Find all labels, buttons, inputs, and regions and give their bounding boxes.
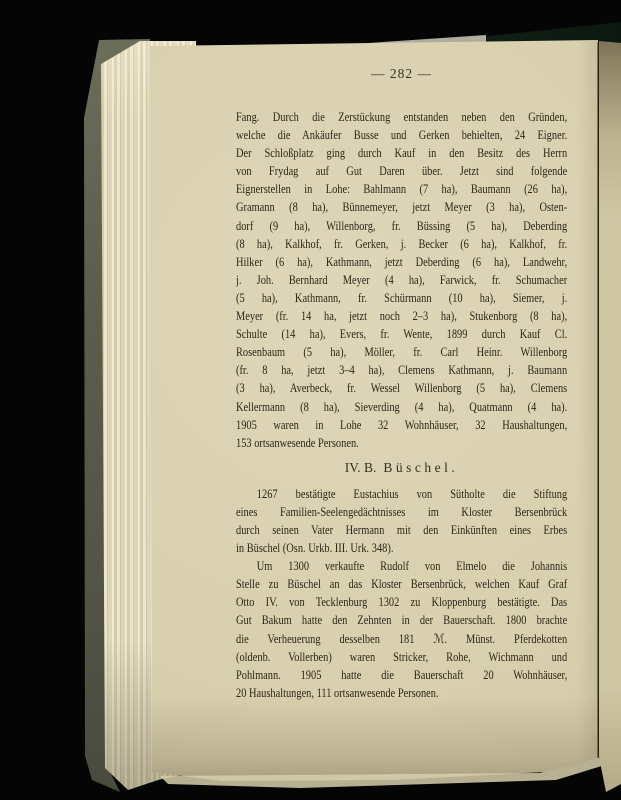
text-line: Otto IV. von Tecklenburg 1302 zu Kloppen… — [236, 593, 567, 611]
text-line: (oldenb. Vollerben) waren Stricker, Rohe… — [236, 648, 567, 666]
paragraph: Fang. Durch die Zerstückung entstanden n… — [236, 108, 567, 452]
text-line: 20 Haushaltungen, 111 ortsanwesende Pers… — [236, 684, 567, 702]
paragraph: 1267 bestätigte Eustachius von Sütholte … — [236, 485, 567, 557]
text-line: dorf (9 ha), Willenborg, fr. Büssing (5 … — [236, 217, 567, 235]
text-line: in Büschel (Osn. Urkb. III. Urk. 348). — [236, 539, 567, 557]
page-crease-line — [597, 42, 599, 758]
section-heading: IV. B.Büschel. — [236, 460, 567, 478]
text-line: (fr. 8 ha, jetzt 3–4 ha), Clemens Kathma… — [236, 361, 567, 379]
text-line: (3 ha), Averbeck, fr. Wessel Willenborg … — [236, 379, 567, 397]
text-line: (5 ha), Kathmann, fr. Schürmann (10 ha),… — [236, 289, 567, 307]
text-line: (8 ha), Kalkhof, fr. Gerken, j. Becker (… — [236, 235, 567, 253]
text-line: Der Schloßplatz ging durch Kauf in den B… — [236, 144, 567, 162]
text-line: welche die Ankäufer Busse und Gerken beh… — [236, 126, 567, 144]
text-line: j. Joh. Bernhard Meyer (4 ha), Farwick, … — [236, 271, 567, 289]
section-heading-name: Büschel. — [383, 460, 458, 475]
text-line: Pohlmann. 1905 hatte die Bauerschaft 20 … — [236, 666, 567, 684]
text-line: von Frydag auf Gut Daren über. Jetzt sin… — [236, 162, 567, 180]
text-line: Hilker (6 ha), Kathmann, jetzt Deberding… — [236, 253, 567, 271]
text-line: Gut Bakum hatte den Zehnten in der Bauer… — [236, 611, 567, 629]
page-number: — 282 — — [236, 66, 567, 82]
paragraph: Um 1300 verkaufte Rudolf von Elmelo die … — [236, 557, 567, 702]
text-line: Rosenbaum (5 ha), Möller, fr. Carl Heinr… — [236, 343, 567, 361]
text-line: Gramann (8 ha), Bünnemeyer, jetzt Meyer … — [236, 198, 567, 216]
text-line: 1267 bestätigte Eustachius von Sütholte … — [236, 485, 567, 503]
book-scan: — 282 — Fang. Durch die Zerstückung ents… — [0, 0, 621, 800]
text-line: Stelle zu Büschel an das Kloster Bersenb… — [236, 575, 567, 593]
section-heading-prefix: IV. B. — [345, 460, 377, 475]
text-line: Meyer (fr. 14 ha, jetzt noch 2–3 ha), St… — [236, 307, 567, 325]
text-line: Eignerstellen in Lohe: Bahlmann (7 ha), … — [236, 180, 567, 198]
text-line: 153 ortsanwesende Personen. — [236, 434, 567, 452]
text-line: Kellermann (8 ha), Sieverding (4 ha), Qu… — [236, 398, 567, 416]
text-line: die Verheuerung desselben 181 ℳ. Münst. … — [236, 630, 567, 648]
text-line: durch seinen Vater Hermann mit den Einkü… — [236, 521, 567, 539]
text-line: eines Familien-Seelengedächtnisses im Kl… — [236, 503, 567, 521]
text-line: Schulte (14 ha), Evers, fr. Wente, 1899 … — [236, 325, 567, 343]
body-text: Fang. Durch die Zerstückung entstanden n… — [236, 108, 567, 702]
text-line: Fang. Durch die Zerstückung entstanden n… — [236, 108, 567, 126]
text-line: Um 1300 verkaufte Rudolf von Elmelo die … — [236, 557, 567, 575]
text-line: 1905 waren in Lohe 32 Wohnhäuser, 32 Hau… — [236, 416, 567, 434]
